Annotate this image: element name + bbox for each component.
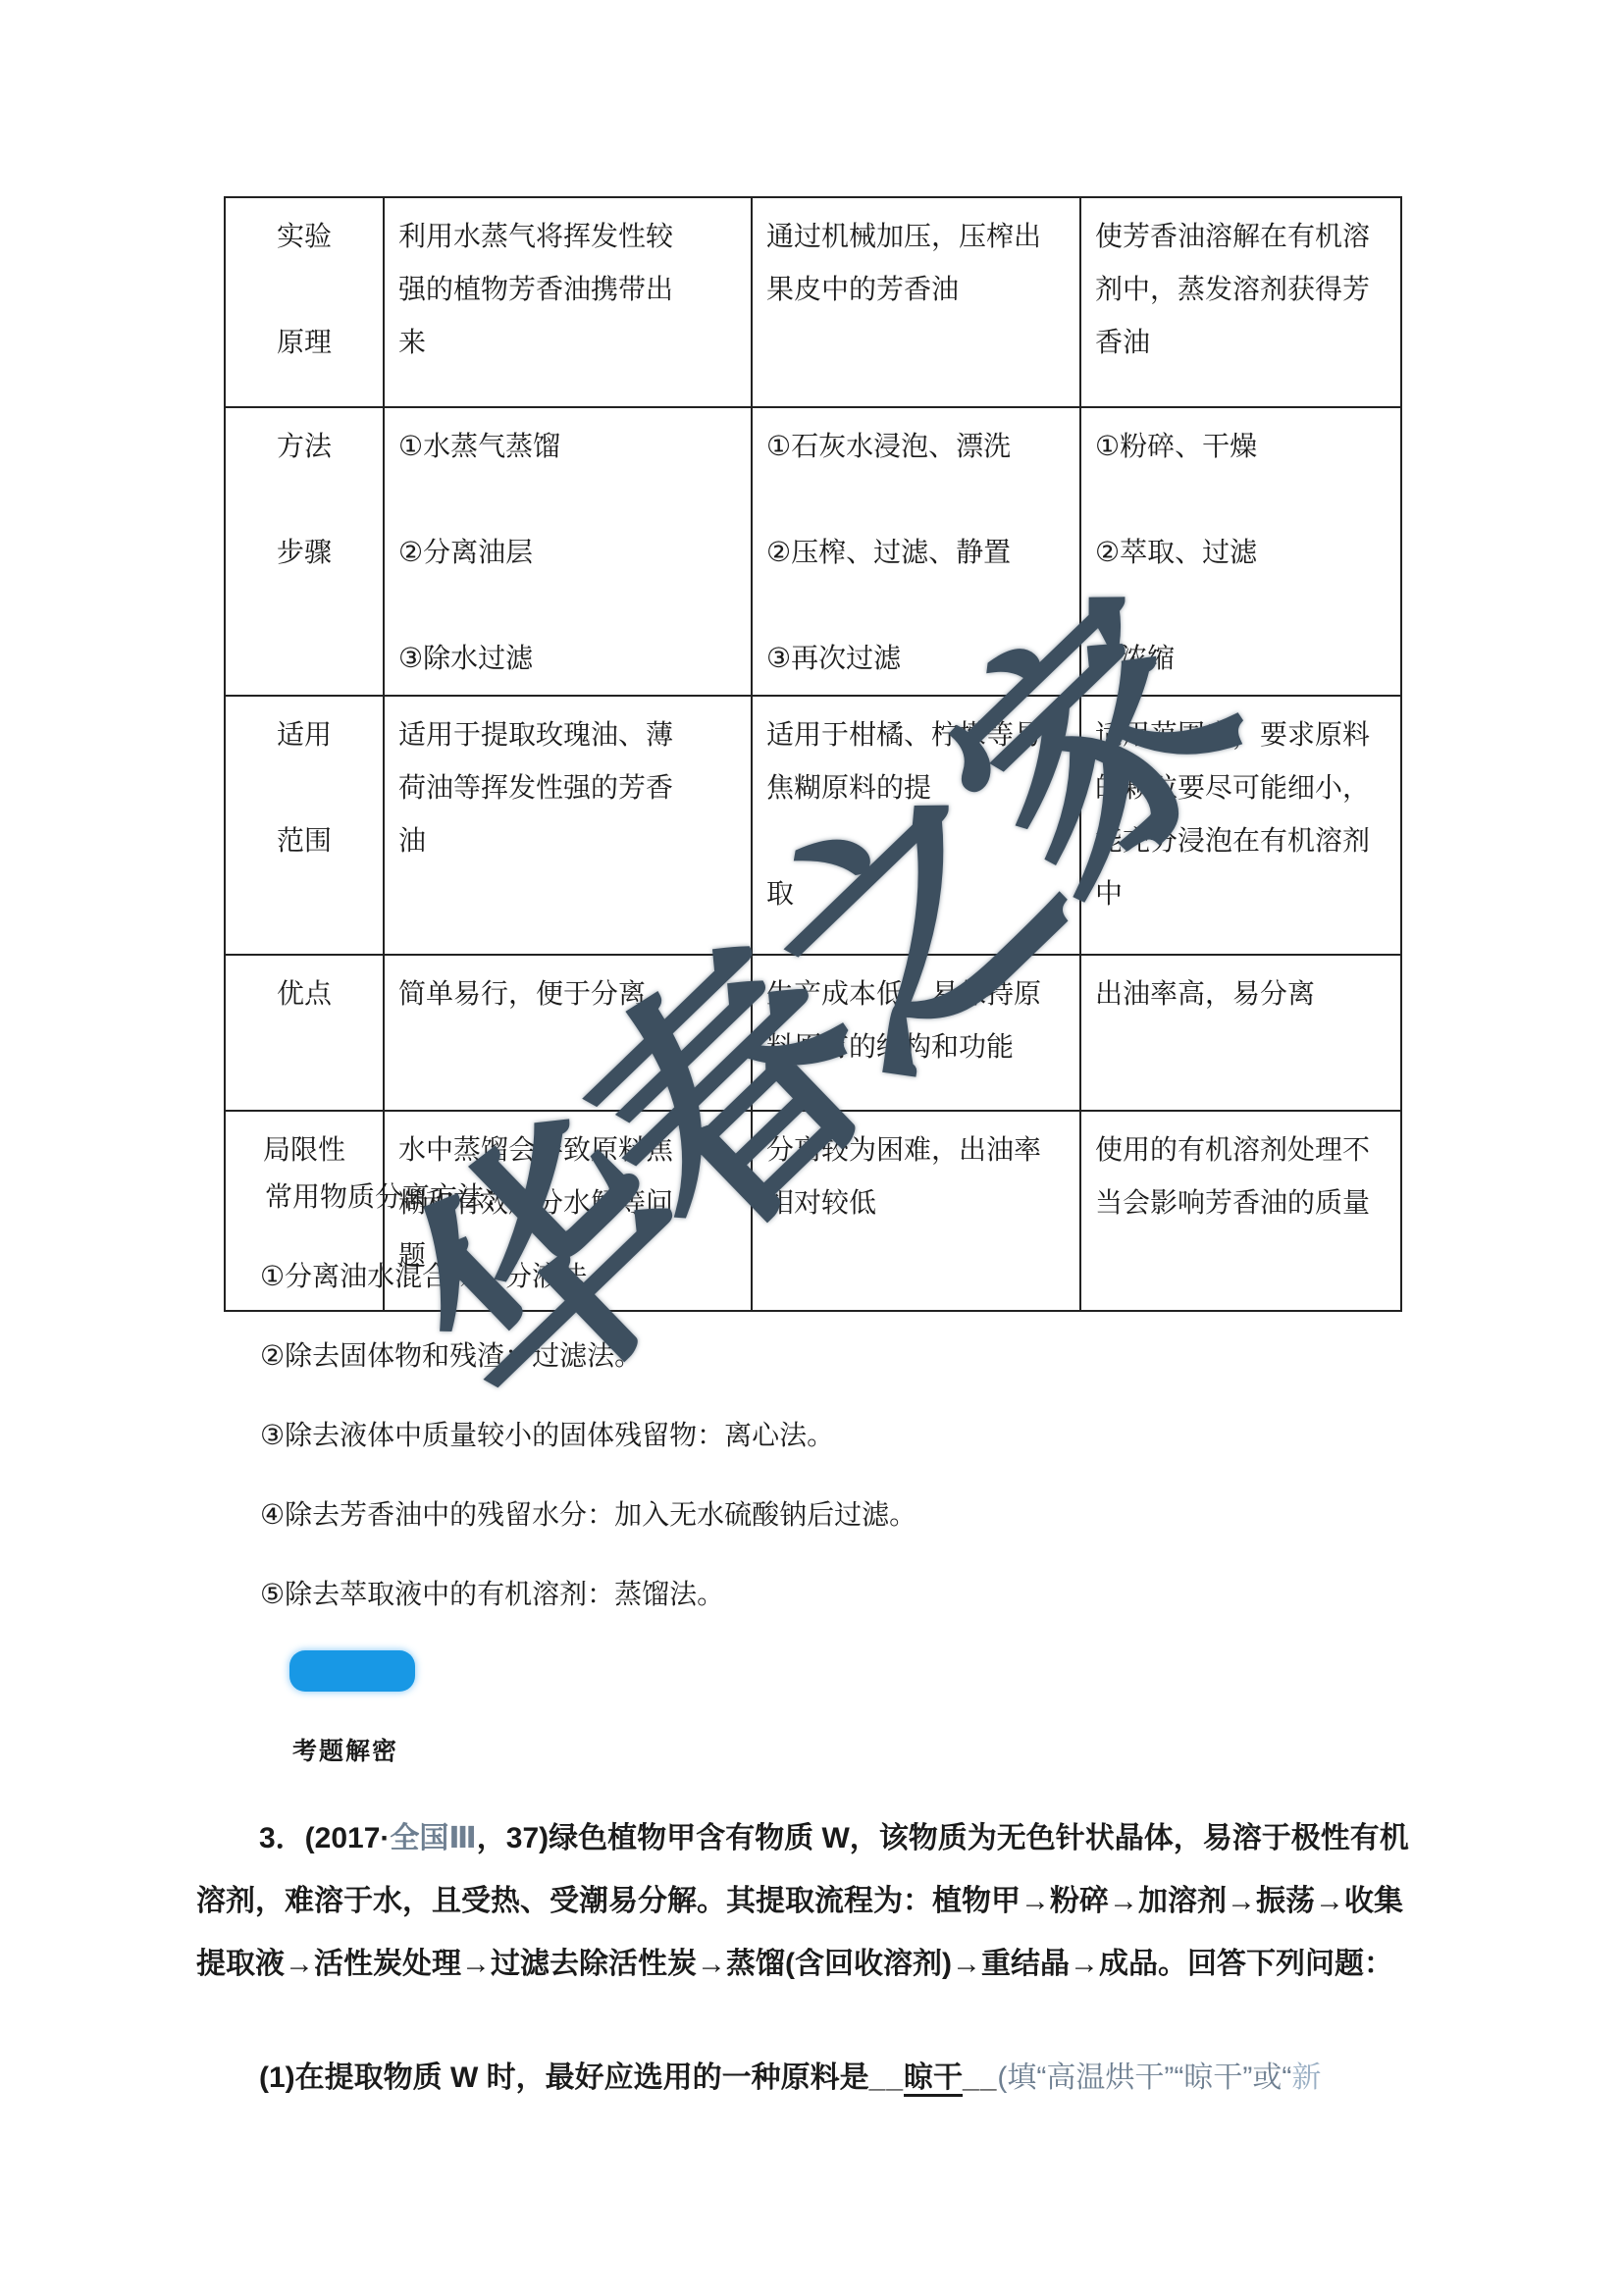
table-cell: 适用范围广，要求原料 的颗粒要尽可能细小， 能充分浸泡在有机溶剂 中 xyxy=(1080,696,1401,955)
note-item: ④除去芳香油中的残留水分：加入无水硫酸钠后过滤。 xyxy=(260,1500,1438,1530)
table-row: 优点 简单易行，便于分离 生产成本低，易保持原 料原有的结构和功能 出油率高，易… xyxy=(225,955,1401,1111)
blank-underscore-left: __ xyxy=(869,2061,904,2094)
sub-question-1: (1)在提取物质 W 时，最好应选用的一种原料是__晾干__(填“高温烘干”“晾… xyxy=(196,2047,1428,2110)
table-cell: 出油率高，易分离 xyxy=(1080,955,1401,1111)
question-source: 全国Ⅲ xyxy=(390,1822,476,1854)
row-header-advantages: 优点 xyxy=(225,955,384,1111)
table-cell: 生产成本低，易保持原 料原有的结构和功能 xyxy=(752,955,1080,1111)
table-row: 适用 范围 适用于提取玫瑰油、薄 荷油等挥发性强的芳香 油 适用于柑橘、柠檬等易… xyxy=(225,696,1401,955)
table-cell: ①石灰水浸泡、漂洗 ②压榨、过滤、静置 ③再次过滤 xyxy=(752,407,1080,696)
question-number: 3．(2017· xyxy=(259,1822,390,1854)
table-cell: ①水蒸气蒸馏 ②分离油层 ③除水过滤 xyxy=(384,407,752,696)
row-header-scope: 适用 范围 xyxy=(225,696,384,955)
row-header-steps: 方法 步骤 xyxy=(225,407,384,696)
table-cell: 使芳香油溶解在有机溶 剂中，蒸发溶剂获得芳 香油 xyxy=(1080,197,1401,407)
note-item: ⑤除去萃取液中的有机溶剂：蒸馏法。 xyxy=(260,1580,1438,1609)
section-title: 考题解密 xyxy=(292,1732,398,1767)
sub-question-suffix: (填“高温烘干”“晾干”或“ xyxy=(997,2061,1291,2094)
notes-title: 常用物质分离方法： xyxy=(265,1182,1438,1212)
table-cell: 简单易行，便于分离 xyxy=(384,955,752,1111)
table-cell: ①粉碎、干燥 ②萃取、过滤 ③浓缩 xyxy=(1080,407,1401,696)
table-row: 实验 原理 利用水蒸气将挥发性较 强的植物芳香油携带出 来 通过机械加压，压榨出… xyxy=(225,197,1401,407)
section-pill-badge xyxy=(289,1650,415,1692)
row-header-principle: 实验 原理 xyxy=(225,197,384,407)
question-paragraph: 3．(2017·全国Ⅲ，37)绿色植物甲含有物质 W，该物质为无色针状晶体，易溶… xyxy=(196,1807,1428,1996)
table-cell: 通过机械加压，压榨出 果皮中的芳香油 xyxy=(752,197,1080,407)
note-item: ③除去液体中质量较小的固体残留物：离心法。 xyxy=(260,1421,1438,1450)
table-row: 方法 步骤 ①水蒸气蒸馏 ②分离油层 ③除水过滤 ①石灰水浸泡、漂洗 ②压榨、过… xyxy=(225,407,1401,696)
table-cell: 适用于柑橘、柠檬等易 焦糊原料的提 取 xyxy=(752,696,1080,955)
question-number-suffix: ，37) xyxy=(477,1822,549,1854)
extraction-methods-table: 实验 原理 利用水蒸气将挥发性较 强的植物芳香油携带出 来 通过机械加压，压榨出… xyxy=(224,196,1402,1312)
exam-question-block: 3．(2017·全国Ⅲ，37)绿色植物甲含有物质 W，该物质为无色针状晶体，易溶… xyxy=(196,1807,1428,2110)
separation-methods-notes: 常用物质分离方法： ①分离油水混合物：分液法。 ②除去固体物和残渣：过滤法。 ③… xyxy=(260,1182,1438,1659)
note-item: ①分离油水混合物：分液法。 xyxy=(260,1262,1438,1291)
table-cell: 适用于提取玫瑰油、薄 荷油等挥发性强的芳香 油 xyxy=(384,696,752,955)
sub-question-prefix: (1)在提取物质 W 时，最好应选用的一种原料是 xyxy=(259,2061,869,2094)
note-item: ②除去固体物和残渣：过滤法。 xyxy=(260,1341,1438,1371)
blank-underscore-right: __ xyxy=(963,2061,997,2094)
table-cell: 利用水蒸气将挥发性较 强的植物芳香油携带出 来 xyxy=(384,197,752,407)
blank-answer: 晾干 xyxy=(904,2061,963,2094)
sub-question-suffix-tail: 新 xyxy=(1291,2061,1321,2094)
